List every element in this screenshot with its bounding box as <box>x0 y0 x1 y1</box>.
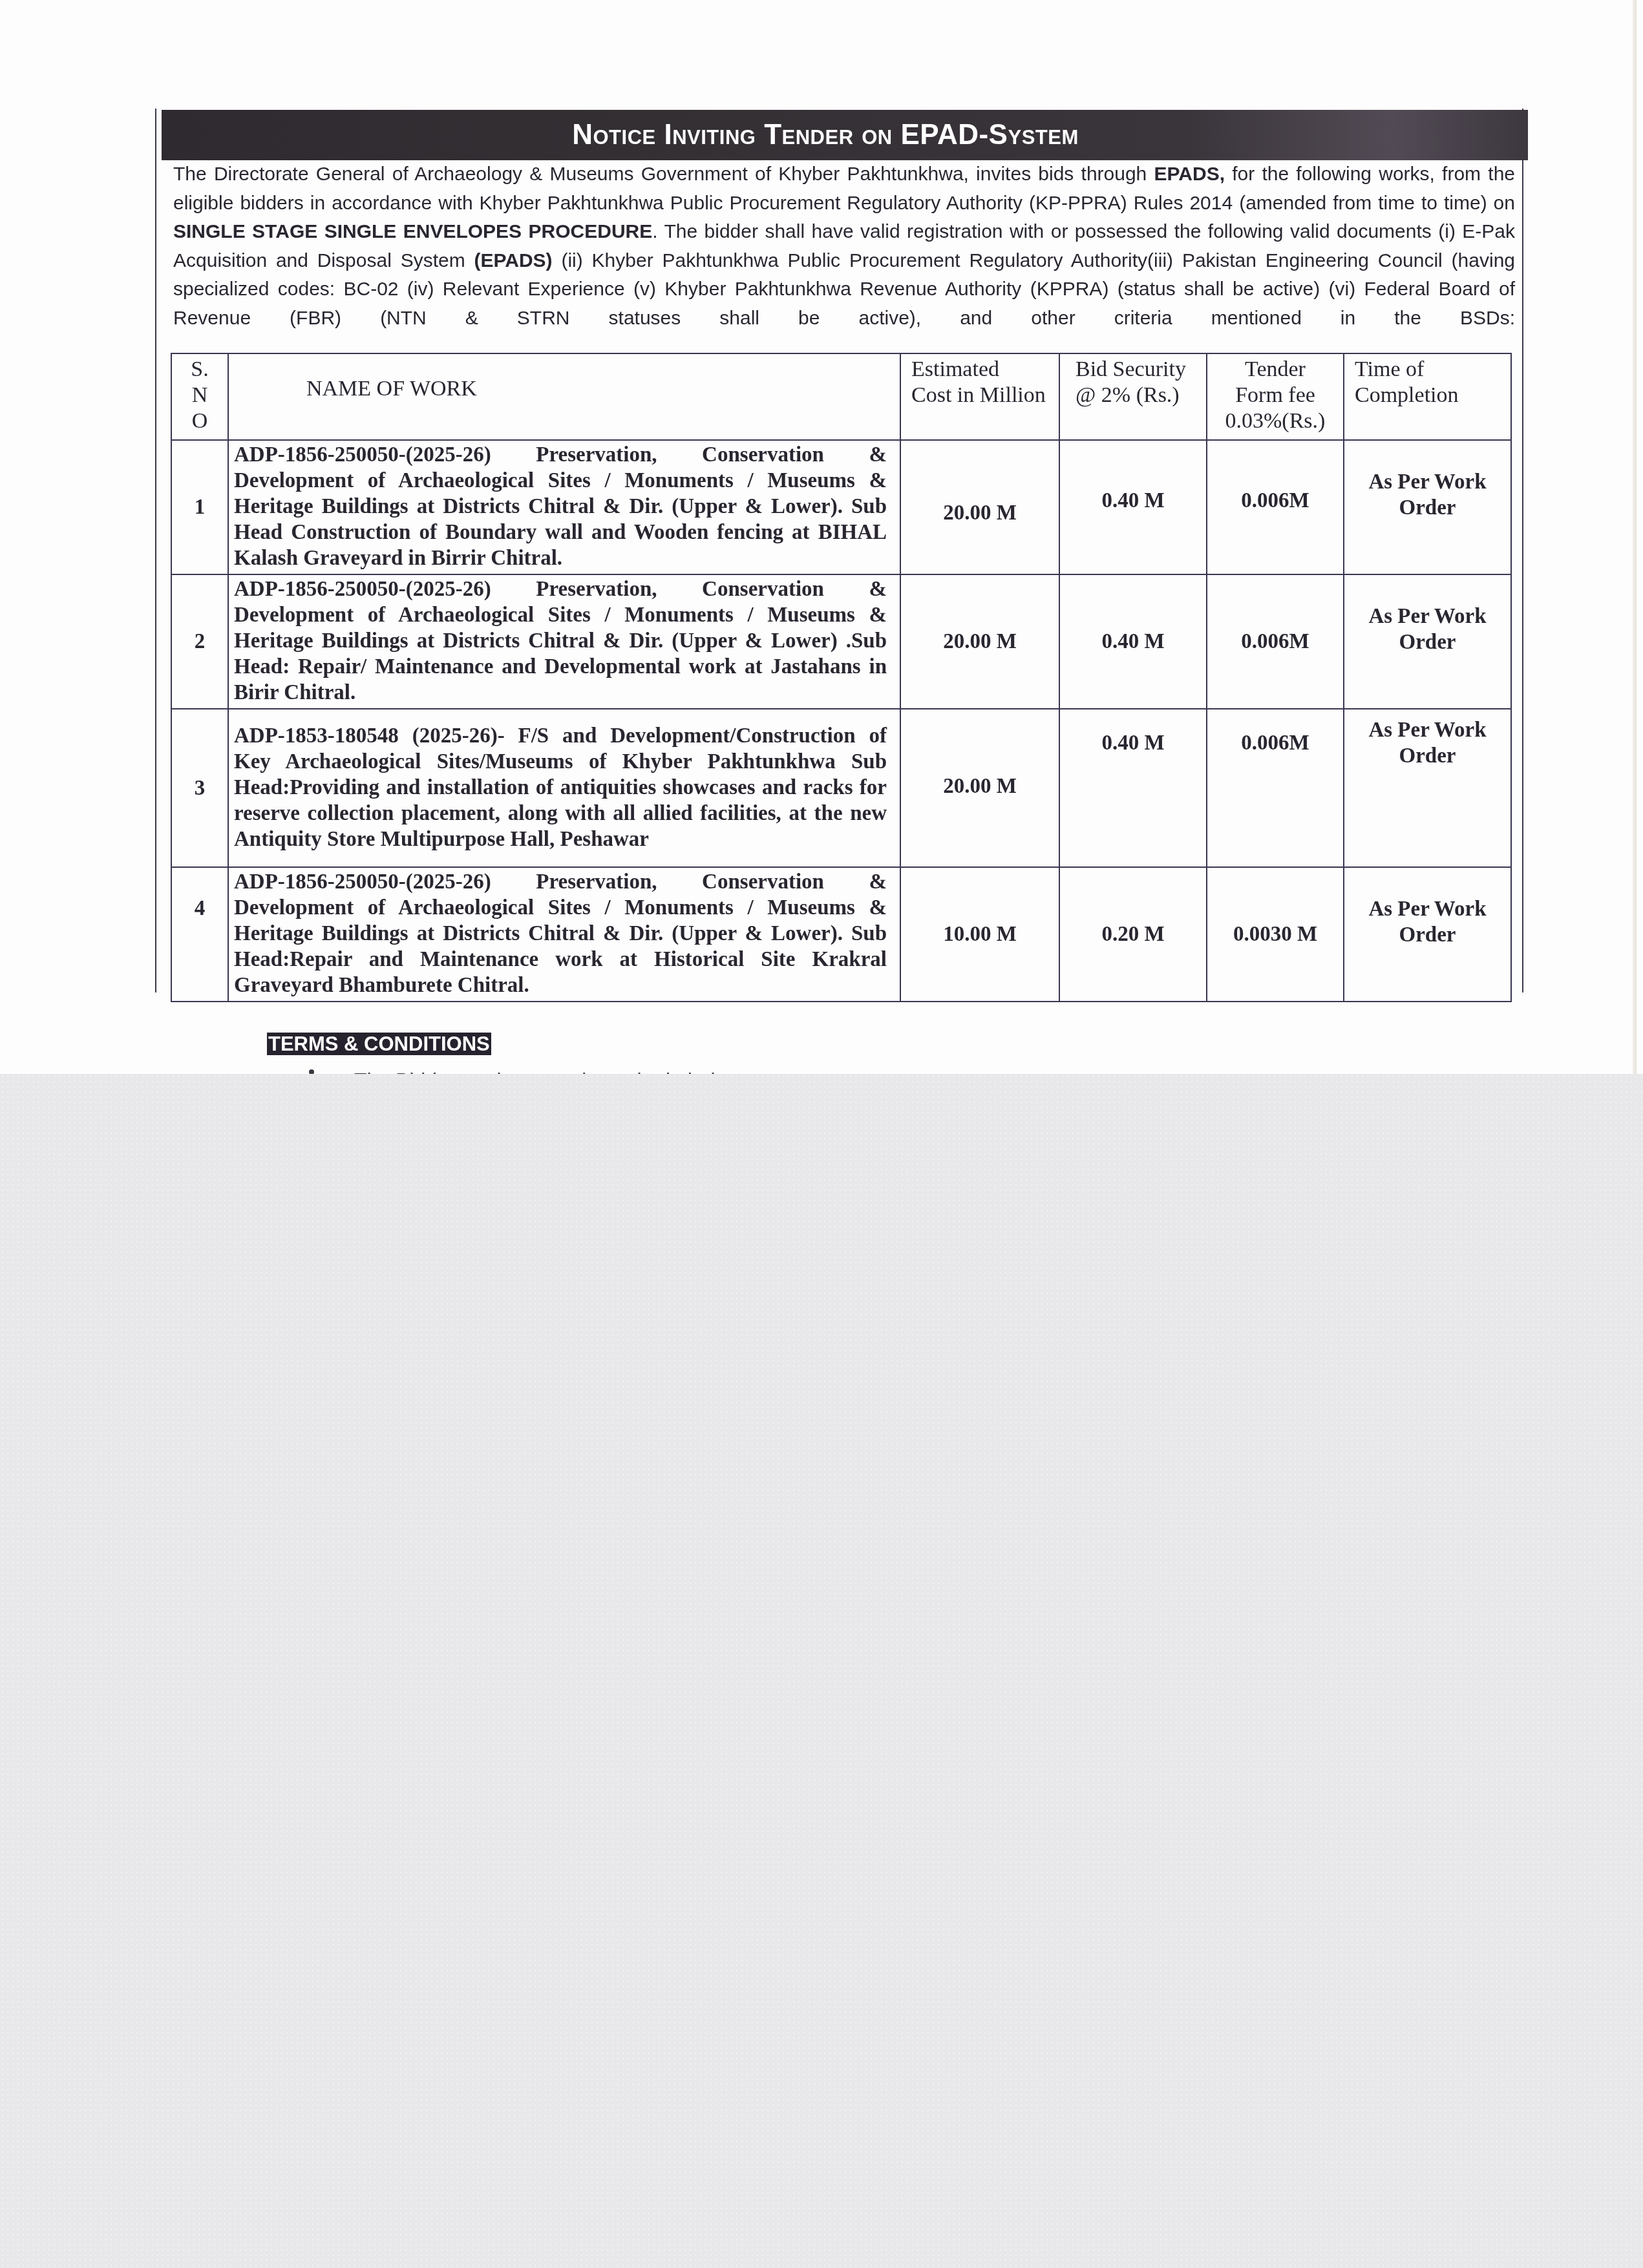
header-bid-security: Bid Security @ 2% (Rs.) <box>1059 353 1207 440</box>
intro-bold-epads: EPADS, <box>1154 163 1225 185</box>
row-time-of-completion: As Per WorkOrder <box>1344 440 1511 574</box>
row-estimated-cost: 10.00 M <box>900 867 1059 1002</box>
row-bid-security: 0.20 M <box>1059 867 1207 1002</box>
header-name-of-work: NAME OF WORK <box>228 353 900 440</box>
row-bid-security: 0.40 M <box>1059 440 1207 574</box>
intro-text-1: The Directorate General of Archaeology &… <box>173 163 1154 185</box>
table-row: 2 ADP-1856-250050-(2025-26) Preservation… <box>171 574 1511 709</box>
tender-works-table: S. N O NAME OF WORK Estimated Cost in Mi… <box>171 353 1512 1002</box>
header-time-of-completion: Time of Completion <box>1344 353 1511 440</box>
row-name-of-work: ADP-1856-250050-(2025-26) Preservation, … <box>228 574 900 709</box>
row-time-of-completion: As Per WorkOrder <box>1344 709 1511 867</box>
table-row: 4 ADP-1856-250050-(2025-26) Preservation… <box>171 867 1511 1002</box>
row-time-of-completion: As Per WorkOrder <box>1344 867 1511 1002</box>
row-estimated-cost: 20.00 M <box>900 709 1059 867</box>
row-tender-fee: 0.006M <box>1207 440 1344 574</box>
row-sno: 1 <box>171 440 228 574</box>
table-header-row: S. N O NAME OF WORK Estimated Cost in Mi… <box>171 353 1511 440</box>
table-row: 1 ADP-1856-250050-(2025-26) Preservation… <box>171 440 1511 574</box>
row-name-of-work: ADP-1853-180548 (2025-26)- F/S and Devel… <box>228 709 900 867</box>
row-tender-fee: 0.0030 M <box>1207 867 1344 1002</box>
row-sno: 2 <box>171 574 228 709</box>
row-name-of-work: ADP-1856-250050-(2025-26) Preservation, … <box>228 440 900 574</box>
notice-banner: Notice Inviting Tender on EPAD-System <box>162 110 1528 160</box>
blank-area <box>0 1074 1643 2268</box>
row-bid-security: 0.40 M <box>1059 574 1207 709</box>
row-name-of-work: ADP-1856-250050-(2025-26) Preservation, … <box>228 867 900 1002</box>
row-tender-fee: 0.006M <box>1207 709 1344 867</box>
header-estimated-cost: Estimated Cost in Million <box>900 353 1059 440</box>
header-sno: S. N O <box>171 353 228 440</box>
header-tender-fee: Tender Form fee 0.03%(Rs.) <box>1207 353 1344 440</box>
row-sno: 3 <box>171 709 228 867</box>
intro-bold-procedure: SINGLE STAGE SINGLE ENVELOPES PROCEDURE <box>173 221 652 242</box>
row-estimated-cost: 20.00 M <box>900 574 1059 709</box>
table-row: 3 ADP-1853-180548 (2025-26)- F/S and Dev… <box>171 709 1511 867</box>
notice-title: Notice Inviting Tender on EPAD-System <box>572 119 1079 151</box>
terms-conditions-heading: TERMS & CONDITIONS <box>267 1033 491 1055</box>
row-bid-security: 0.40 M <box>1059 709 1207 867</box>
notice-intro-paragraph: The Directorate General of Archaeology &… <box>173 160 1515 333</box>
row-estimated-cost: 20.00 M <box>900 440 1059 574</box>
row-tender-fee: 0.006M <box>1207 574 1344 709</box>
row-sno: 4 <box>171 867 228 1002</box>
row-time-of-completion: As Per WorkOrder <box>1344 574 1511 709</box>
paper-edge-shadow <box>1633 0 1637 1074</box>
bullet-icon <box>309 1069 314 1074</box>
intro-bold-epads-2: (EPADS) <box>474 250 553 271</box>
